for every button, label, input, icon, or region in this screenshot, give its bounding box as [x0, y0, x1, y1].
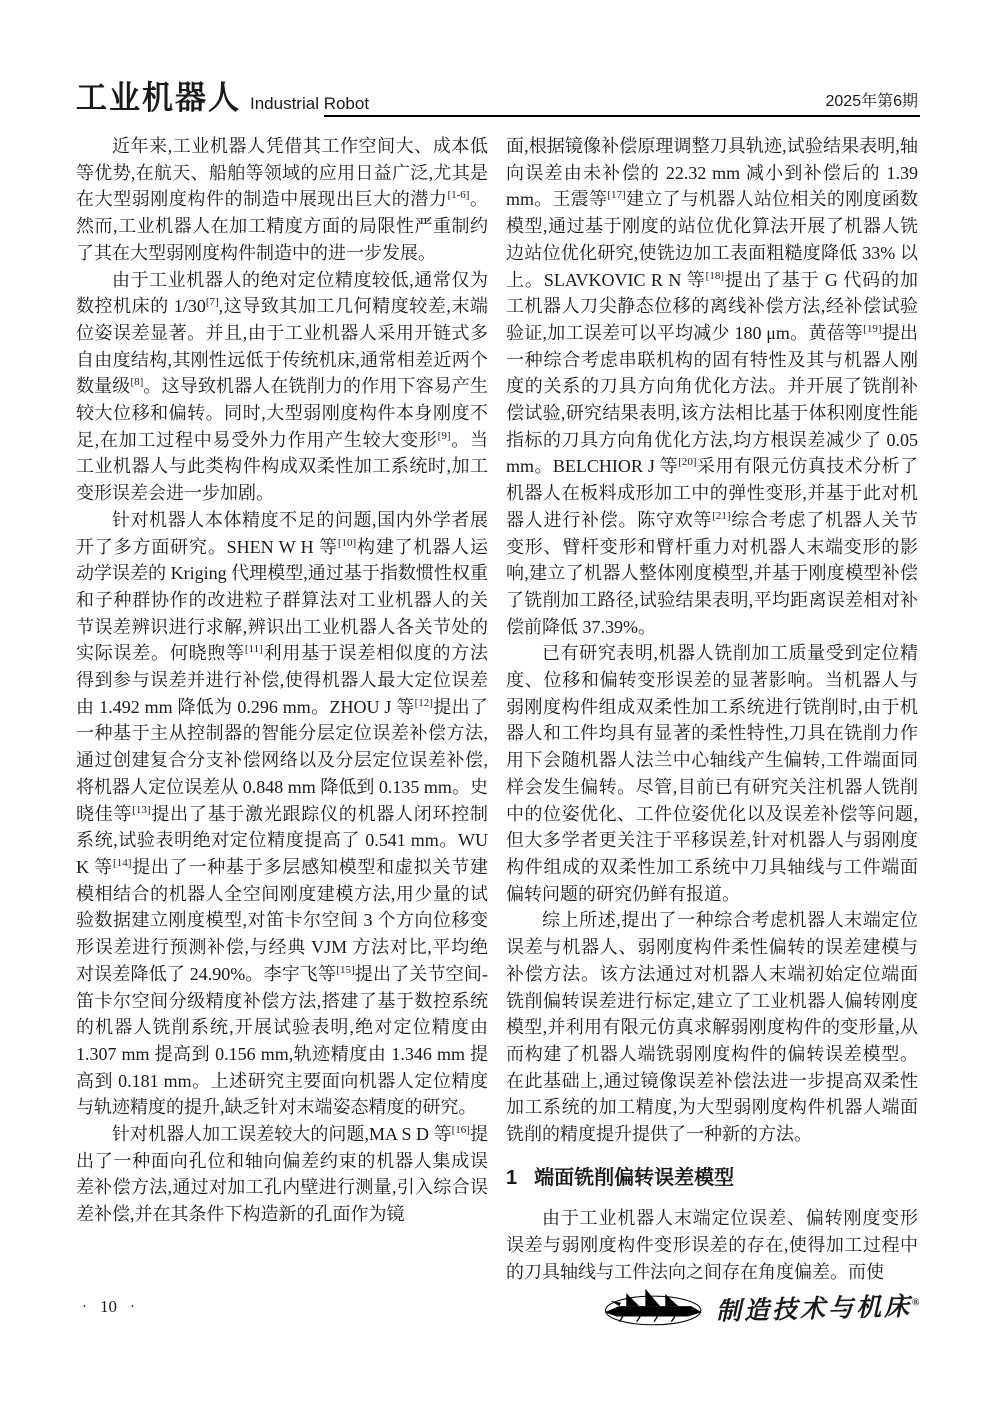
- page-number-dot-left: ·: [82, 1299, 87, 1316]
- reference-marker: [7]: [206, 296, 219, 308]
- journal-brand: 工业机器人 Industrial Robot: [76, 73, 369, 118]
- reference-marker: [20]: [678, 456, 696, 468]
- journal-title-cn: 工业机器人: [76, 71, 241, 118]
- journal-page: 工业机器人 Industrial Robot 2025年第6期 近年来,工业机器…: [0, 0, 992, 1403]
- reference-marker: [17]: [607, 189, 625, 201]
- section-heading: 1 端面铣削偏转误差模型: [506, 1165, 918, 1192]
- publisher-logo-text: 制造技术与机床®: [715, 1286, 922, 1327]
- reference-marker: [9]: [438, 430, 451, 442]
- publisher-logo: 制造技术与机床®: [602, 1285, 923, 1329]
- section-number: 1: [506, 1165, 517, 1192]
- paragraph: 由于工业机器人末端定位误差、偏转刚度变形误差与弱刚度构件变形误差的存在,使得加工…: [506, 1205, 918, 1285]
- reference-marker: [8]: [130, 376, 143, 388]
- reference-marker: [18]: [706, 270, 724, 282]
- page-number: · 10 ·: [82, 1297, 135, 1317]
- page-footer: · 10 · 制造技术与机床®: [76, 1285, 922, 1345]
- paragraph: 已有研究表明,机器人铣削加工质量受到定位精度、位移和偏转变形误差的显著影响。当机…: [506, 640, 918, 907]
- page-number-value: 10: [100, 1297, 117, 1317]
- paragraph: 面,根据镜像补偿原理调整刀具轨迹,试验结果表明,轴向误差由未补偿的 22.32 …: [506, 133, 918, 640]
- reference-marker: [14]: [113, 857, 131, 869]
- section-title: 端面铣削偏转误差模型: [534, 1165, 734, 1192]
- right-column-top: 面,根据镜像补偿原理调整刀具轨迹,试验结果表明,轴向误差由未补偿的 22.32 …: [506, 133, 918, 1148]
- paragraph: 针对机器人加工误差较大的问题,MA S D 等[16]提出了一种面向孔位和轴向偏…: [76, 1121, 488, 1228]
- right-column-bottom: 由于工业机器人末端定位误差、偏转刚度变形误差与弱刚度构件变形误差的存在,使得加工…: [506, 1205, 918, 1285]
- registered-mark: ®: [911, 1297, 922, 1308]
- dragon-boat-icon: [602, 1285, 706, 1329]
- header-rule: [324, 115, 920, 117]
- right-column: 面,根据镜像补偿原理调整刀具轨迹,试验结果表明,轴向误差由未补偿的 22.32 …: [506, 133, 918, 1286]
- reference-marker: [1-6]: [447, 189, 469, 201]
- paragraph: 近年来,工业机器人凭借其工作空间大、成本低等优势,在航天、船舶等领域的应用日益广…: [76, 133, 488, 267]
- left-column: 近年来,工业机器人凭借其工作空间大、成本低等优势,在航天、船舶等领域的应用日益广…: [76, 133, 488, 1286]
- reference-marker: [11]: [245, 643, 263, 655]
- journal-title-en: Industrial Robot: [250, 94, 369, 114]
- page-number-dot-right: ·: [130, 1299, 135, 1316]
- publisher-name: 制造技术与机床: [715, 1294, 912, 1326]
- reference-marker: [16]: [452, 1124, 470, 1136]
- reference-marker: [15]: [336, 964, 354, 976]
- reference-marker: [13]: [132, 804, 150, 816]
- paragraph: 针对机器人本体精度不足的问题,国内外学者展开了多方面研究。SHEN W H 等[…: [76, 507, 488, 1121]
- reference-marker: [10]: [338, 537, 356, 549]
- reference-marker: [12]: [415, 697, 433, 709]
- paragraph: 由于工业机器人的绝对定位精度较低,通常仅为数控机床的 1/30[7],这导致其加…: [76, 267, 488, 507]
- reference-marker: [21]: [712, 510, 730, 522]
- reference-marker: [19]: [863, 323, 881, 335]
- paragraph: 综上所述,提出了一种综合考虑机器人末端定位误差与机器人、弱刚度构件柔性偏转的误差…: [506, 907, 918, 1147]
- article-body: 近年来,工业机器人凭借其工作空间大、成本低等优势,在航天、船舶等领域的应用日益广…: [76, 133, 918, 1286]
- issue-label: 2025年第6期: [826, 88, 919, 111]
- journal-header: 工业机器人 Industrial Robot 2025年第6期: [76, 82, 920, 120]
